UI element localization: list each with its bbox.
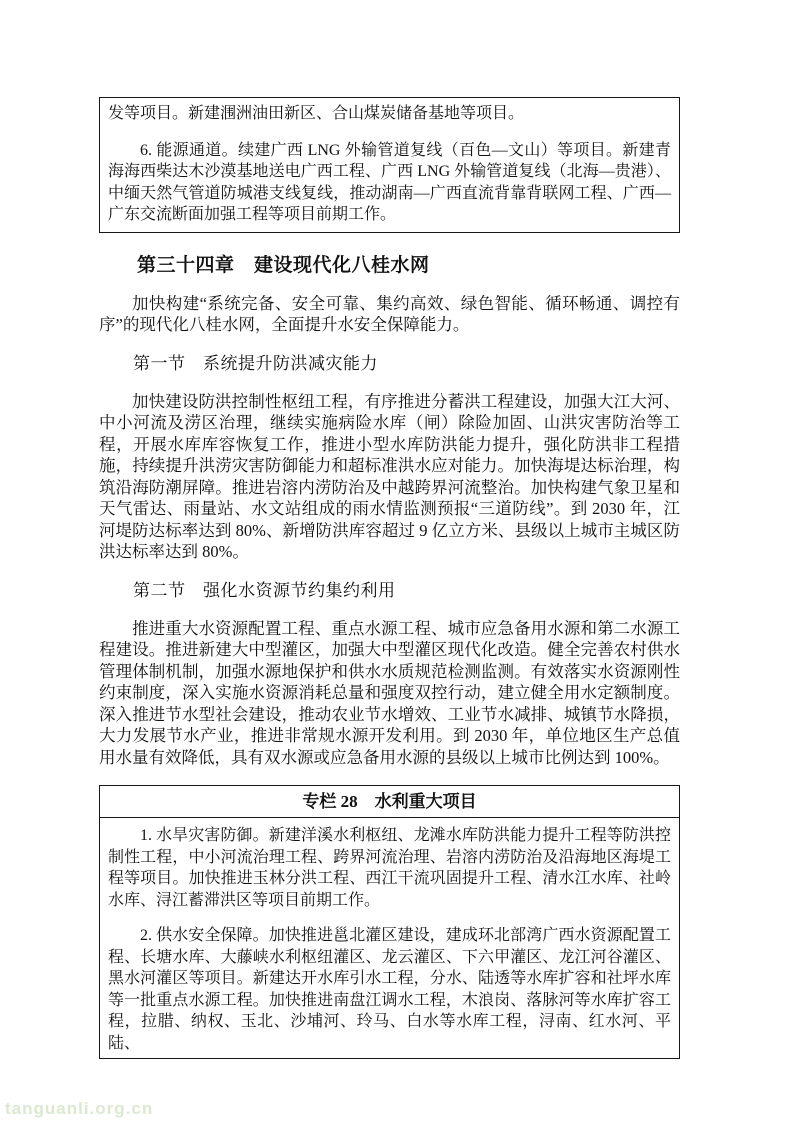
column-28-item-2: 2. 供水安全保障。加快推进邕北灌区建设，建成环北部湾广西水资源配置工程、长塘水… <box>108 925 671 1054</box>
section-2-paragraph: 推进重大水资源配置工程、重点水源工程、城市应急备用水源和第二水源工程建设。推进新… <box>99 618 680 769</box>
page-content: 发等项目。新建涠洲油田新区、合山煤炭储备基地等项目。 6. 能源通道。续建广西 … <box>99 0 680 1059</box>
column-28-title: 专栏 28 水利重大项目 <box>100 786 679 818</box>
column-28-item-1: 1. 水旱灾害防御。新建洋溪水利枢纽、龙滩水库防洪能力提升工程等防洪控制性工程，… <box>108 825 671 911</box>
section-1-title: 第一节 系统提升防洪减灾能力 <box>99 353 680 375</box>
continuation-paragraph: 发等项目。新建涠洲油田新区、合山煤炭储备基地等项目。 <box>108 103 671 125</box>
continuation-text-box: 发等项目。新建涠洲油田新区、合山煤炭储备基地等项目。 6. 能源通道。续建广西 … <box>99 97 680 233</box>
column-28-body: 1. 水旱灾害防御。新建洋溪水利枢纽、龙滩水库防洪能力提升工程等防洪控制性工程，… <box>100 818 679 1058</box>
site-watermark: tanguanli.org.cn <box>5 1099 153 1119</box>
energy-corridor-paragraph: 6. 能源通道。续建广西 LNG 外输管道复线（百色—文山）等项目。新建青海海西… <box>108 140 671 226</box>
section-1-paragraph: 加快建设防洪控制性枢纽工程，有序推进分蓄洪工程建设，加强大江大河、中小河流及涝区… <box>99 391 680 563</box>
chapter-intro-paragraph: 加快构建“系统完备、安全可靠、集约高效、绿色智能、循环畅通、调控有序”的现代化八… <box>99 293 680 336</box>
column-28-box: 专栏 28 水利重大项目 1. 水旱灾害防御。新建洋溪水利枢纽、龙滩水库防洪能力… <box>99 785 680 1059</box>
chapter-title: 第三十四章 建设现代化八桂水网 <box>99 254 680 278</box>
document-page: 发等项目。新建涠洲油田新区、合山煤炭储备基地等项目。 6. 能源通道。续建广西 … <box>0 0 793 1122</box>
section-2-title: 第二节 强化水资源节约集约利用 <box>99 580 680 602</box>
